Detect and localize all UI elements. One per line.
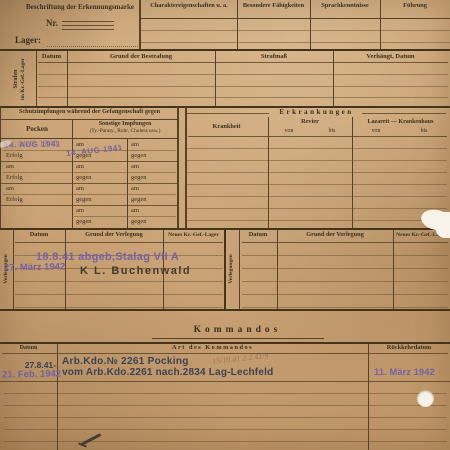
lager-label: Lager: — [15, 36, 41, 46]
punch-hole — [417, 390, 434, 407]
verlegungen-header-neues: Neues Kr.-Gef.-Lager — [163, 232, 224, 238]
col-header-fuehrung: Führung — [381, 3, 449, 10]
rule — [224, 228, 226, 309]
kommandos-header-art: Art des Kommandos — [57, 345, 368, 352]
lazarett-bis-label: bis — [402, 128, 446, 134]
am-label: am — [6, 163, 14, 170]
kommandos-title: Kommandos — [140, 325, 335, 335]
rule — [74, 216, 176, 217]
impfungen-title: Schutzimpfungen während der Gefangenscha… — [2, 109, 177, 116]
erkennungsmarke-label: Beschriftung der Erkennungsmarke — [20, 4, 140, 12]
torn-hole-edge — [444, 212, 450, 238]
rule — [152, 338, 324, 339]
kommandos-header-datum: Datum — [0, 345, 57, 352]
col-header-faehigkeiten: Besondere Fähigkeiten — [238, 3, 309, 10]
rule — [38, 62, 448, 63]
erfolg-label: Erfolg — [6, 174, 23, 181]
erkrankungen-empty-rows — [187, 137, 447, 228]
erkrankungen-header-krankheit: Krankheit — [186, 124, 267, 131]
gegen-label: gegen — [131, 196, 147, 203]
gegen-label: gegen — [76, 218, 92, 225]
rule — [38, 97, 448, 98]
kommando-return-date-stamp: 11. März 1942 — [374, 367, 435, 378]
lazarett-von-label: von — [354, 128, 398, 134]
verlegungen-header-grund: Grund der Verlegung — [65, 232, 163, 239]
strafen-header-grund: Grund der Bestrafung — [67, 53, 215, 60]
lager-dotted-line — [47, 36, 140, 47]
gegen-label: gegen — [76, 174, 92, 181]
verlegungen-side-label: Verlegungen — [228, 239, 236, 299]
erkrankungen-header-lazarett: Lazarett — Krankenhaus — [353, 119, 448, 126]
strafen-side-label-1: Strafen — [13, 47, 20, 111]
impfungen-col-sonstige: Sonstige Impfungen — [73, 121, 177, 128]
rule — [1, 161, 177, 162]
rule — [239, 230, 240, 309]
am-label: am — [76, 163, 84, 170]
col-header-sprachen: Sprachkenntnisse — [311, 3, 379, 10]
strafen-header-strafmass: Strafmaß — [215, 53, 333, 60]
am-label: am — [76, 207, 84, 214]
am-label: am — [76, 185, 84, 192]
am-label: am — [131, 207, 139, 214]
am-label: am — [131, 141, 139, 148]
nr-value-lines — [62, 21, 114, 33]
rule — [1, 119, 178, 120]
am-label: am — [131, 185, 139, 192]
gegen-label: gegen — [131, 152, 147, 159]
rule — [1, 205, 177, 206]
rule — [141, 30, 450, 31]
kommando-row2-text: vom Arb.Kdo.2261 nach.2834 Lag-Lechfeld — [62, 367, 273, 378]
kommando-row2-date-stamp: 21. Feb. 1942 — [2, 368, 61, 380]
rule — [3, 194, 176, 195]
gegen-label: gegen — [131, 174, 147, 181]
am-label: am — [6, 185, 14, 192]
kommandos-header-rueckkehr: Rückkehrdatum — [368, 345, 450, 352]
verlegungen-header-datum: Datum — [13, 232, 65, 239]
gegen-label: gegen — [76, 196, 92, 203]
strafen-header-verhaengt: Verhängt, Datum — [333, 53, 448, 60]
revier-bis-label: bis — [312, 128, 352, 134]
kommando-row1-text: Arb.Kdo.№ 2261 Pocking — [62, 356, 189, 367]
col-header-charakter: Charaktereigenschaften u. a. — [141, 3, 237, 10]
rule — [0, 309, 450, 311]
transfer-date-stamp: 27. März 1942 — [4, 261, 65, 273]
impfungen-col-pocken: Pocken — [2, 126, 72, 134]
rule — [0, 381, 450, 382]
verlegungen-header-grund: Grund der Verlegung — [277, 232, 393, 239]
rule — [57, 344, 58, 450]
buchenwald-stamp: K L. Buchenwald — [80, 265, 191, 277]
sonstige-date-stamp: 14. AUG 1941 — [66, 143, 123, 158]
rule — [141, 42, 450, 43]
strafen-side-label: Strafen im Kr.-Gef.-Lager — [13, 47, 29, 111]
strafen-header-datum: Datum — [36, 53, 67, 60]
erkrankungen-header-revier: Revier — [269, 119, 351, 126]
gegen-label: gegen — [131, 218, 147, 225]
verlegungen-header-datum: Datum — [239, 232, 277, 239]
verlegungen-right-rows — [242, 243, 448, 308]
rule — [72, 119, 73, 228]
rule — [1, 183, 177, 184]
impfungen-col-sonstige-sub: (Ty.-Paraty., Ruhr, Cholera usw.) — [73, 129, 177, 135]
rule — [1, 138, 178, 139]
rule — [187, 113, 269, 114]
kommandos-empty-rows — [4, 382, 447, 448]
rule — [368, 344, 369, 450]
am-label: am — [131, 163, 139, 170]
rule — [177, 107, 179, 228]
rule — [141, 18, 450, 19]
rule — [38, 74, 448, 75]
revier-von-label: von — [269, 128, 309, 134]
pow-record-card: Beschriftung der Erkennungsmarke Nr. Lag… — [0, 0, 450, 450]
erfolg-label: Erfolg — [6, 196, 23, 203]
rule — [3, 172, 176, 173]
rule — [38, 86, 448, 87]
strafen-side-label-2: im Kr.-Gef.-Lager — [20, 47, 27, 111]
pocken-date-stamp: 14. AUG 1941 — [4, 140, 61, 150]
erfolg-label: Erfolg — [6, 152, 23, 159]
rule — [2, 353, 448, 354]
rule — [0, 107, 1, 228]
rule — [362, 113, 446, 114]
nr-label: Nr. — [46, 19, 58, 29]
